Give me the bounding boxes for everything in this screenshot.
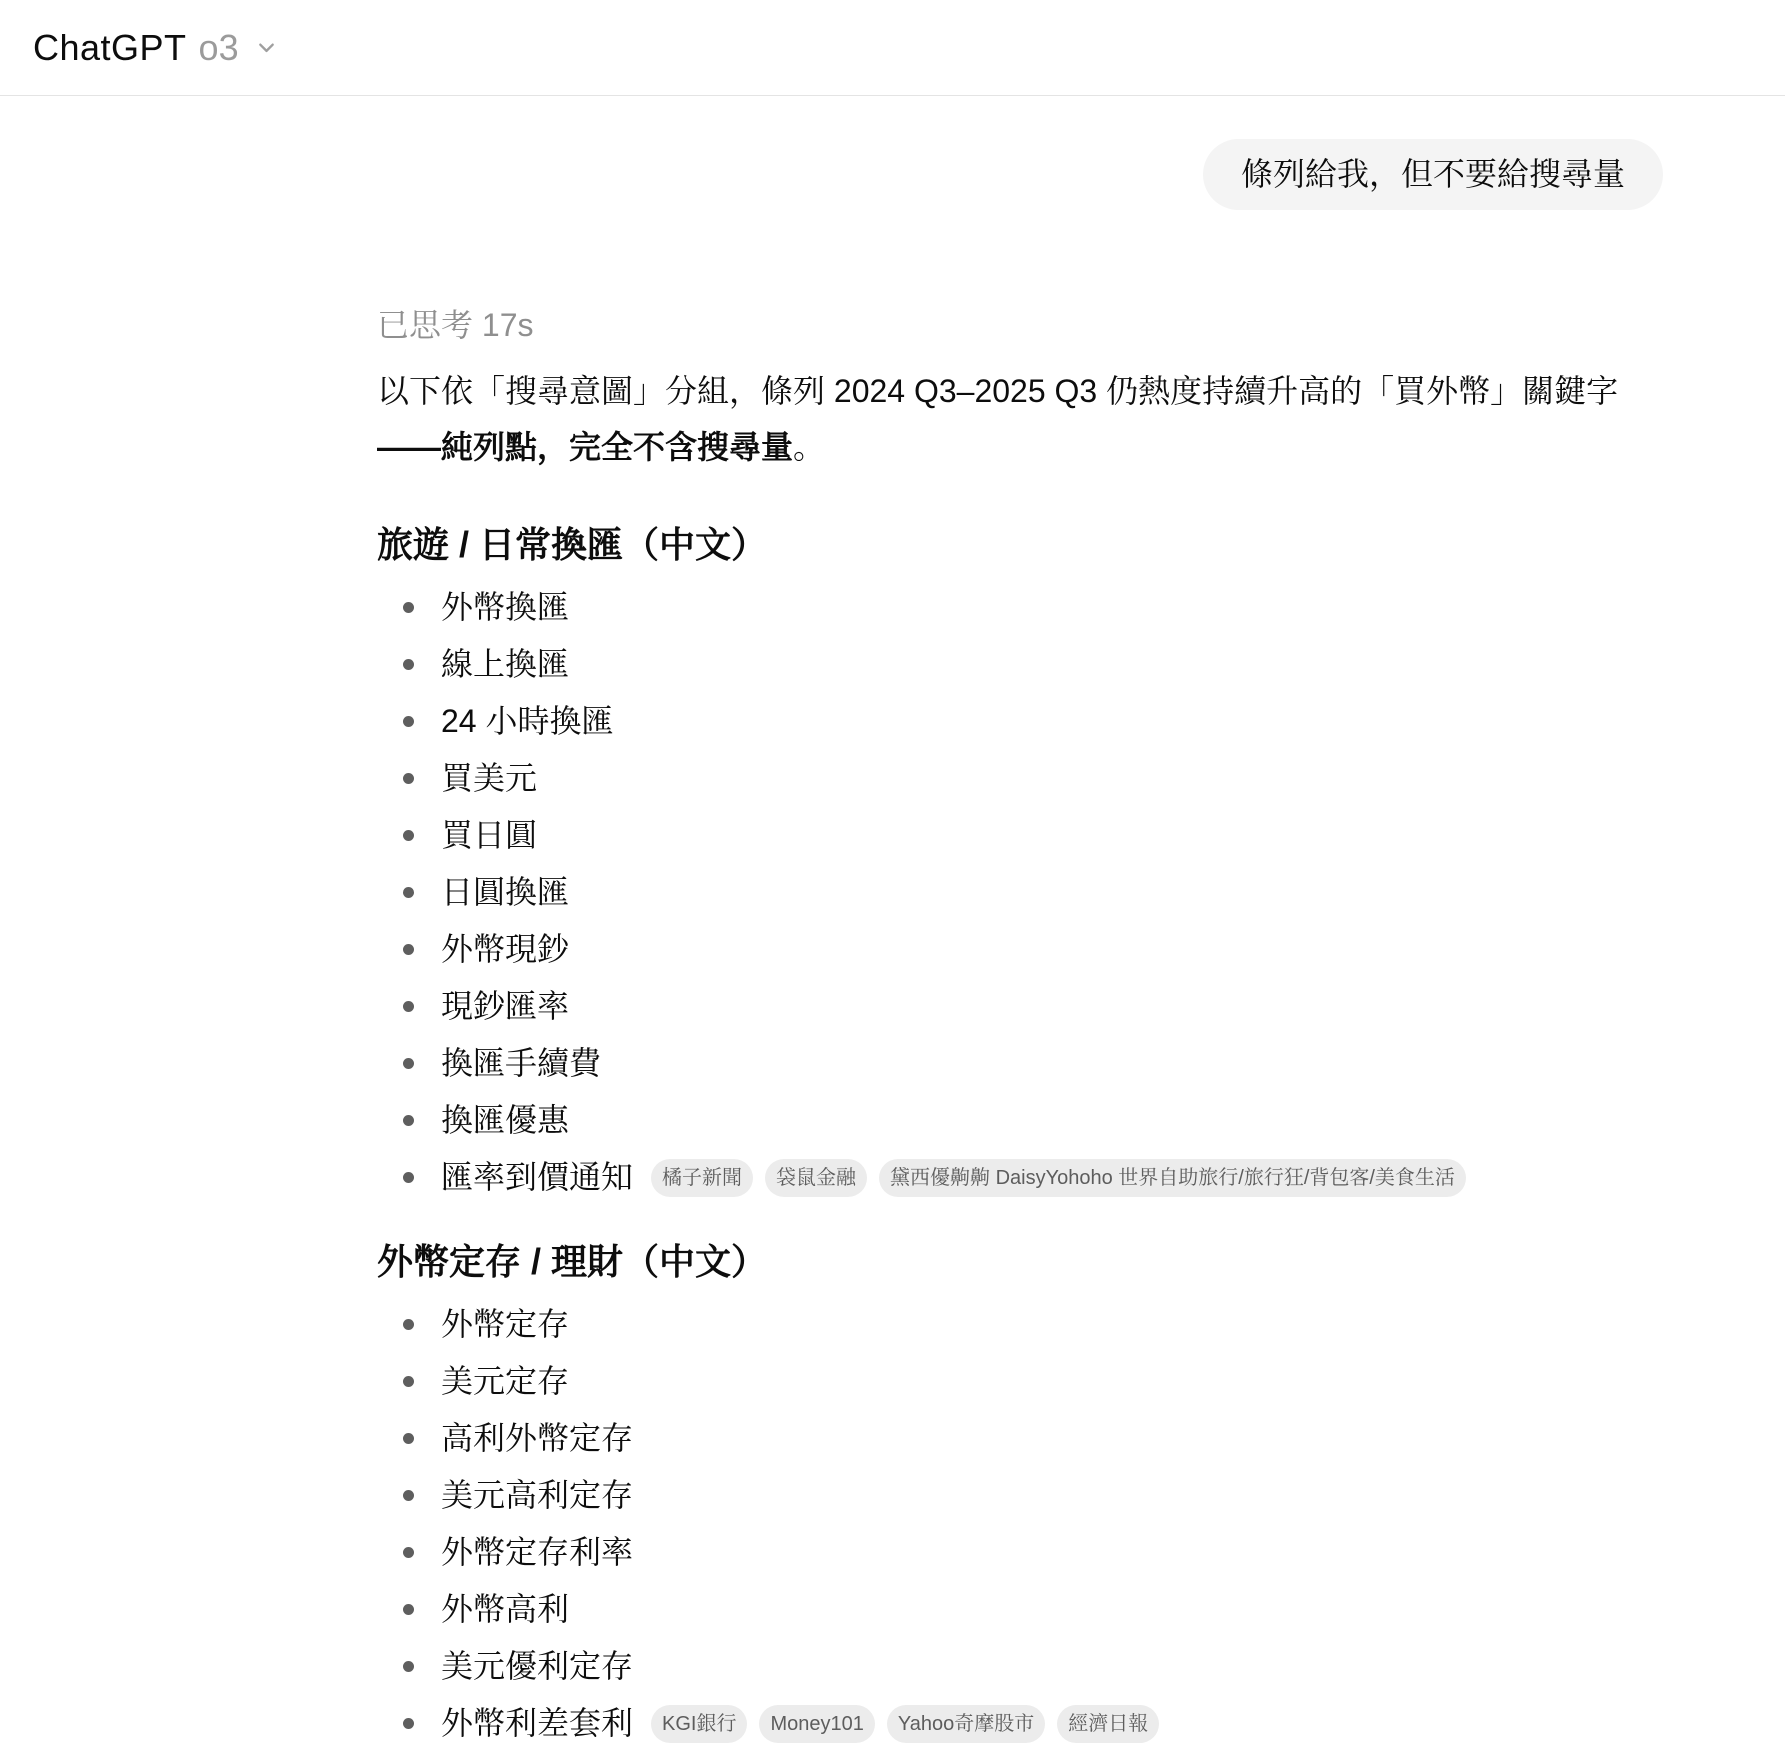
list-item: 美元高利定存 [377, 1467, 1663, 1524]
keyword-list: 外幣定存美元定存高利外幣定存美元高利定存外幣定存利率外幣高利美元優利定存外幣利差… [377, 1296, 1663, 1752]
citation-pill[interactable]: 黛西優齁齁 DaisyYohoho 世界自助旅行/旅行狂/背包客/美食生活 [879, 1159, 1466, 1197]
list-item-text: 外幣利差套利 [441, 1695, 633, 1752]
section-title: 外幣定存 / 理財（中文） [377, 1238, 1663, 1286]
list-item: 換匯優惠 [377, 1092, 1663, 1149]
list-item: 線上換匯 [377, 636, 1663, 693]
list-item-text: 換匯手續費 [441, 1035, 601, 1092]
citation-pill[interactable]: Yahoo奇摩股市 [887, 1705, 1045, 1743]
list-item: 換匯手續費 [377, 1035, 1663, 1092]
list-item-text: 24 小時換匯 [441, 693, 614, 750]
list-item: 外幣現鈔 [377, 921, 1663, 978]
user-message-row: 條列給我，但不要給搜尋量 [377, 139, 1663, 210]
chevron-down-icon [253, 34, 280, 61]
list-item-text: 美元高利定存 [441, 1467, 633, 1524]
citation-pill[interactable]: KGI銀行 [651, 1705, 747, 1743]
list-item-text: 買日圓 [441, 807, 537, 864]
citation-pill[interactable]: 經濟日報 [1057, 1705, 1159, 1743]
model-name: o3 [199, 27, 239, 69]
intro-paragraph: 以下依「搜尋意圖」分組，條列 2024 Q3–2025 Q3 仍熱度持續升高的「… [377, 363, 1663, 475]
list-item: 現鈔匯率 [377, 978, 1663, 1035]
list-item-text: 美元定存 [441, 1353, 569, 1410]
list-item: 美元優利定存 [377, 1638, 1663, 1695]
list-item: 買日圓 [377, 807, 1663, 864]
list-item: 外幣換匯 [377, 579, 1663, 636]
keyword-sections: 旅遊 / 日常換匯（中文）外幣換匯線上換匯24 小時換匯買美元買日圓日圓換匯外幣… [377, 521, 1663, 1752]
citation-pill[interactable]: Money101 [759, 1705, 874, 1743]
intro-period: 。 [793, 429, 825, 465]
list-item: 匯率到價通知橘子新聞袋鼠金融黛西優齁齁 DaisyYohoho 世界自助旅行/旅… [377, 1149, 1663, 1206]
intro-line1: 以下依「搜尋意圖」分組，條列 2024 Q3–2025 Q3 仍熱度持續升高的「… [377, 373, 1618, 409]
list-item: 外幣定存利率 [377, 1524, 1663, 1581]
user-message-bubble: 條列給我，但不要給搜尋量 [1203, 139, 1663, 210]
list-item: 日圓換匯 [377, 864, 1663, 921]
list-item: 24 小時換匯 [377, 693, 1663, 750]
list-item: 外幣利差套利KGI銀行Money101Yahoo奇摩股市經濟日報 [377, 1695, 1663, 1752]
list-item-text: 外幣定存利率 [441, 1524, 633, 1581]
model-selector-button[interactable]: ChatGPT o3 [33, 27, 280, 69]
list-item-text: 外幣換匯 [441, 579, 569, 636]
list-item: 外幣定存 [377, 1296, 1663, 1353]
user-message-text: 條列給我，但不要給搜尋量 [1241, 156, 1625, 192]
section-title: 旅遊 / 日常換匯（中文） [377, 521, 1663, 569]
keyword-section: 旅遊 / 日常換匯（中文）外幣換匯線上換匯24 小時換匯買美元買日圓日圓換匯外幣… [377, 521, 1663, 1206]
list-item: 美元定存 [377, 1353, 1663, 1410]
app-name: ChatGPT [33, 27, 187, 69]
list-item-text: 現鈔匯率 [441, 978, 569, 1035]
citation-pills: KGI銀行Money101Yahoo奇摩股市經濟日報 [651, 1705, 1159, 1743]
list-item-text: 外幣現鈔 [441, 921, 569, 978]
list-item-text: 外幣定存 [441, 1296, 569, 1353]
keyword-list: 外幣換匯線上換匯24 小時換匯買美元買日圓日圓換匯外幣現鈔現鈔匯率換匯手續費換匯… [377, 579, 1663, 1206]
list-item-text: 線上換匯 [441, 636, 569, 693]
citation-pills: 橘子新聞袋鼠金融黛西優齁齁 DaisyYohoho 世界自助旅行/旅行狂/背包客… [651, 1159, 1466, 1197]
app-header: ChatGPT o3 [0, 0, 1785, 96]
list-item-text: 換匯優惠 [441, 1092, 569, 1149]
list-item-text: 匯率到價通知 [441, 1149, 633, 1206]
list-item: 外幣高利 [377, 1581, 1663, 1638]
list-item: 買美元 [377, 750, 1663, 807]
thought-duration-toggle[interactable]: 已思考 17s [377, 297, 534, 353]
citation-pill[interactable]: 橘子新聞 [651, 1159, 753, 1197]
list-item-text: 高利外幣定存 [441, 1410, 633, 1467]
list-item: 高利外幣定存 [377, 1410, 1663, 1467]
intro-bold: ——純列點，完全不含搜尋量 [377, 429, 793, 465]
citation-pill[interactable]: 袋鼠金融 [765, 1159, 867, 1197]
list-item-text: 買美元 [441, 750, 537, 807]
conversation: 條列給我，但不要給搜尋量 已思考 17s 以下依「搜尋意圖」分組，條列 2024… [377, 139, 1663, 1752]
list-item-text: 日圓換匯 [441, 864, 569, 921]
list-item-text: 美元優利定存 [441, 1638, 633, 1695]
list-item-text: 外幣高利 [441, 1581, 569, 1638]
keyword-section: 外幣定存 / 理財（中文）外幣定存美元定存高利外幣定存美元高利定存外幣定存利率外… [377, 1238, 1663, 1752]
